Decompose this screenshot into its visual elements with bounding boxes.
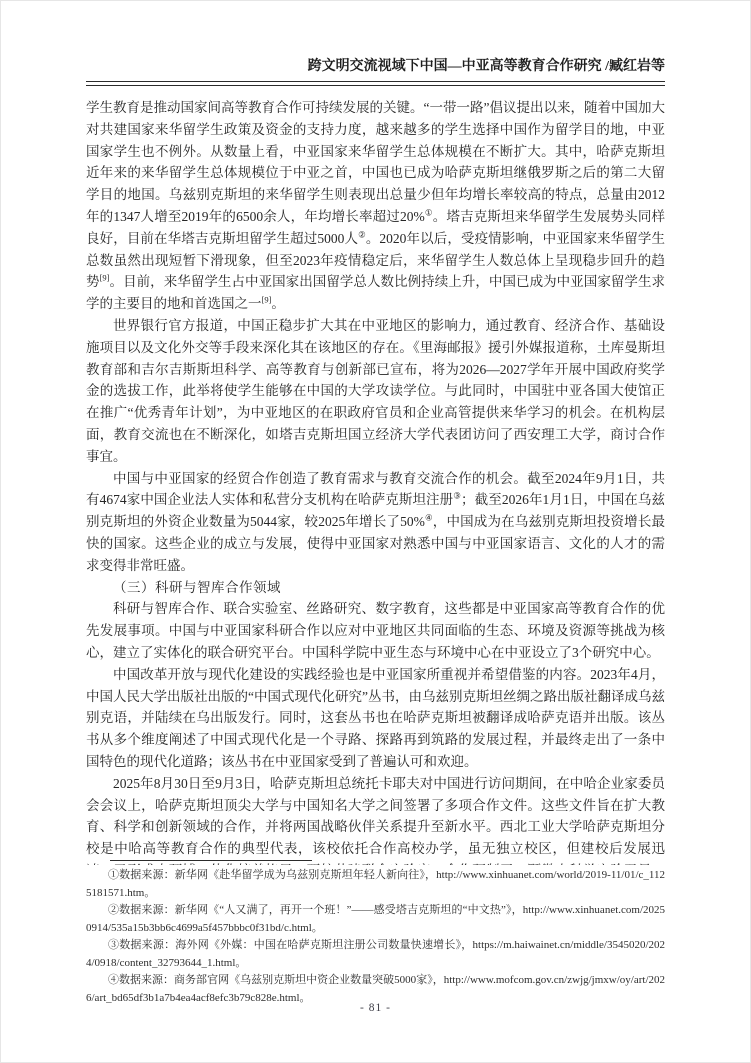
footnote-ref: [9]: [100, 273, 110, 283]
page-number: - 81 -: [0, 1002, 751, 1014]
header-rule: [86, 81, 665, 86]
paragraph: 科研与智库合作、联合实验室、丝路研究、数字教育，这些都是中亚国家高等教育合作的优…: [86, 598, 665, 663]
article-body: 学生教育是推动国家间高等教育合作可持续发展的关键。“一带一路”倡议提出以来，随着…: [86, 97, 665, 865]
running-header-title: 跨文明交流视域下中国—中亚高等教育合作研究 /臧红岩等: [308, 59, 665, 74]
section-heading: （三）科研与智库合作领域: [86, 577, 665, 599]
paragraph: 中国改革开放与现代化建设的实践经验也是中亚国家所重视并希望借鉴的内容。2023年…: [86, 664, 665, 773]
footnote-marker: ③: [108, 939, 119, 951]
footnotes-section: ①数据来源：新华网《赴华留学成为乌兹别克斯坦年轻人新向往》，http://www…: [86, 860, 665, 1007]
footnote-separator: [110, 860, 312, 861]
paragraph: 中国与中亚国家的经贸合作创造了教育需求与教育交流合作的机会。截至2024年9月1…: [86, 468, 665, 577]
paragraph: 学生教育是推动国家间高等教育合作可持续发展的关键。“一带一路”倡议提出以来，随着…: [86, 97, 665, 315]
footnote-ref: ④: [425, 513, 433, 523]
footnote-ref: ③: [453, 491, 461, 501]
footnote-marker: ④: [108, 974, 119, 986]
running-header: 跨文明交流视域下中国—中亚高等教育合作研究 /臧红岩等: [86, 58, 665, 76]
footnote-marker: ②: [108, 904, 119, 916]
footnote-item: ②数据来源：新华网《“人又满了，再开一个班！”——感受塔吉克斯坦的“中文热”》，…: [86, 902, 665, 937]
footnote-marker: ①: [108, 869, 119, 881]
footnote-ref: [9]: [262, 295, 272, 305]
paragraph: 世界银行官方报道，中国正稳步扩大其在中亚地区的影响力，通过教育、经济合作、基础设…: [86, 315, 665, 468]
footnote-list: ①数据来源：新华网《赴华留学成为乌兹别克斯坦年轻人新向往》，http://www…: [86, 867, 665, 1007]
footnote-item: ①数据来源：新华网《赴华留学成为乌兹别克斯坦年轻人新向往》，http://www…: [86, 867, 665, 902]
footnote-ref: ②: [358, 229, 366, 239]
footnote-ref: ①: [425, 207, 433, 217]
page: 跨文明交流视域下中国—中亚高等教育合作研究 /臧红岩等 学生教育是推动国家间高等…: [0, 0, 751, 1063]
footnote-item: ③数据来源：海外网《外媒：中国在哈萨克斯坦注册公司数量快速增长》，https:/…: [86, 937, 665, 972]
paragraph: 2025年8月30日至9月3日，哈萨克斯坦总统托卡耶夫对中国进行访问期间，在中哈…: [86, 773, 665, 865]
